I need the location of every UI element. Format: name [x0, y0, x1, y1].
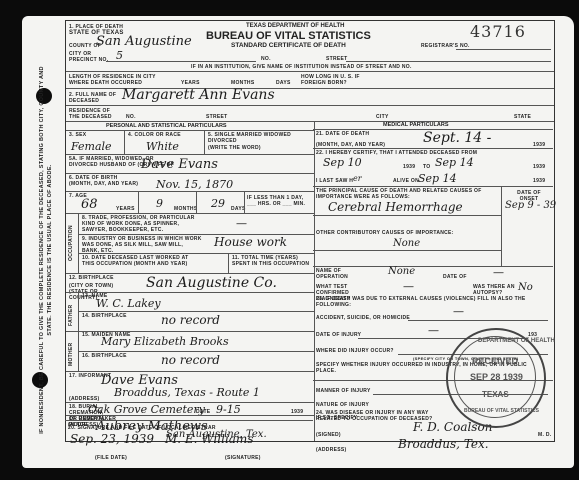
attended-to: Sep 14 — [435, 156, 474, 169]
race-label: 4. COLOR OR RACE — [128, 132, 181, 138]
deceased-name: Margarett Ann Evans — [122, 87, 275, 103]
onset-value: Sep 9 - 39 — [505, 200, 556, 211]
death-date-label: 21. DATE OF DEATH — [316, 131, 369, 137]
attended-to-year: 1939 — [533, 164, 545, 170]
industry-label: 9. INDUSTRY OR BUSINESS IN WHICH WORK WA… — [82, 236, 202, 254]
industry-value: House work — [214, 235, 287, 249]
residence-street-label: STREET — [206, 114, 228, 120]
last-worked-label: 10. DATE DECEASED LAST WORKED AT THIS OC… — [82, 255, 202, 267]
county-value: San Augustine — [96, 34, 192, 49]
residence-length-label: LENGTH OF RESIDENCE IN CITY WHERE DEATH … — [69, 74, 169, 86]
stamp-received: RECEIVED — [472, 356, 518, 366]
side-instruction: IF NONRESIDENT, BE CAREFUL TO GIVE THE C… — [30, 40, 70, 470]
bureau-title: BUREAU OF VITAL STATISTICS — [206, 30, 371, 42]
signature-label: (SIGNATURE) — [225, 455, 261, 461]
contributory-label: OTHER CONTRIBUTORY CAUSES OF IMPORTANCE: — [316, 230, 454, 236]
cause-value: Cerebral Hemorrhage — [328, 200, 463, 214]
sex-value: Female — [71, 140, 112, 153]
injury-where-label: WHERE DID INJURY OCCUR? — [316, 348, 394, 354]
external-causes-label: 23. IF DEATH WAS DUE TO EXTERNAL CAUSES … — [316, 296, 546, 308]
race-value: White — [146, 140, 179, 153]
department-title: TEXAS DEPARTMENT OF HEALTH — [246, 23, 344, 29]
contributory-value: None — [393, 238, 420, 249]
test-value: — — [403, 280, 414, 293]
injury-date-label: DATE OF INJURY — [316, 332, 361, 338]
registrar-signature-value: M. E. Williams — [165, 432, 253, 446]
precinct-label: CITY OR PRECINCT NO. — [69, 51, 109, 63]
age-months-label: MONTHS — [174, 206, 197, 212]
personal-section-title: PERSONAL AND STATISTICAL PARTICULARS — [106, 123, 227, 129]
no-label: NO. — [261, 56, 271, 62]
birthplace-label: 12. BIRTHPLACE — [69, 275, 114, 281]
form-title: STANDARD CERTIFICATE OF DEATH — [231, 42, 346, 49]
attended-from: Sep 10 — [323, 156, 362, 169]
alive-on-label: ALIVE ON — [393, 178, 419, 184]
last-saw-label: I LAST SAW H — [316, 178, 353, 184]
residence-label: RESIDENCE OF THE DECEASED — [69, 108, 119, 120]
physician-address-label: (ADDRESS) — [316, 447, 346, 453]
cause-label: THE PRINCIPAL CAUSE OF DEATH AND RELATED… — [316, 188, 496, 200]
accident-label: ACCIDENT, SUICIDE, OR HOMICIDE — [316, 315, 410, 321]
mother-birthplace-label: 16. BIRTHPLACE — [82, 353, 127, 359]
accident-value: — — [453, 305, 464, 318]
manner-label: MANNER OF INJURY — [316, 388, 371, 394]
operation-value: None — [388, 266, 415, 277]
dob-value: Nov. 15, 1870 — [156, 178, 233, 191]
informant-address: Broaddus, Texas - Route 1 — [114, 386, 260, 399]
side-note-line2: STATE. THE RESIDENCE IS THE USUAL PLACE … — [46, 40, 54, 460]
physician-address: Broaddus, Tex. — [398, 437, 489, 451]
death-date-value: Sept. 14 - — [423, 130, 491, 146]
nature-label: NATURE OF INJURY — [316, 402, 369, 408]
file-date-label: (FILE DATE) — [95, 455, 127, 461]
trade-label: 8. TRADE, PROFESSION, OR PARTICULAR KIND… — [82, 215, 202, 233]
autopsy-label: WAS THERE AN AUTOPSY? — [473, 284, 515, 296]
mother-side-label: MOTHER — [68, 343, 74, 366]
medical-section-title: MEDICAL PARTICULARS — [383, 122, 449, 128]
signed-label: (SIGNED) — [316, 432, 341, 438]
last-saw-year: 1939 — [533, 178, 545, 184]
residence-no-label: NO. — [126, 114, 136, 120]
registrar-signature-label: 20. SIGNATURE AND FILE DATE OF LOCAL REG… — [68, 425, 216, 431]
last-saw-pronoun: er — [353, 174, 362, 183]
marital-note: (WRITE THE WORD) — [208, 145, 261, 151]
side-note-line1: IF NONRESIDENT, BE CAREFUL TO GIVE THE C… — [38, 40, 46, 460]
mother-birthplace-value: no record — [161, 353, 220, 367]
operation-date-label: DATE OF — [443, 274, 467, 280]
if-so-label: IF SO, SPECIFY — [316, 415, 357, 421]
birthplace-value: San Augustine Co. — [146, 275, 277, 291]
total-time-label: 11. TOTAL TIME (YEARS) SPENT IN THIS OCC… — [232, 255, 312, 267]
years-label: YEARS — [181, 80, 200, 86]
autopsy-value: No — [518, 282, 533, 293]
institution-note: IF IN AN INSTITUTION, GIVE NAME OF INSTI… — [191, 64, 412, 70]
father-birthplace-value: no record — [161, 313, 220, 327]
street-label: STREET — [326, 56, 348, 62]
attended-from-year: 1939 — [403, 164, 415, 170]
mother-name-value: Mary Elizabeth Brooks — [101, 335, 229, 348]
dob-note: (MONTH, DAY, AND YEAR) — [69, 181, 138, 187]
days-label: DAYS — [276, 80, 291, 86]
months-label: MONTHS — [231, 80, 254, 86]
trade-value: — — [236, 217, 247, 230]
operation-label: NAME OF OPERATION — [316, 268, 356, 280]
stamp-top-text: DEPARTMENT OF HEALTH — [478, 338, 555, 344]
operation-date-value: — — [493, 266, 504, 279]
marital-label: 5. SINGLE MARRIED WIDOWED DIVORCED — [208, 132, 308, 144]
foreign-born-label: HOW LONG IN U. S. IF FOREIGN BORN? — [301, 74, 376, 86]
to-label: TO — [423, 164, 430, 170]
occupation-side-label: OCCUPATION — [68, 225, 74, 261]
stamp-bottom-text: BUREAU OF VITAL STATISTICS — [464, 408, 539, 414]
age-years: 68 — [81, 197, 98, 212]
father-name-value: W. C. Lakey — [96, 297, 161, 310]
less-than-day-label: IF LESS THAN 1 DAY, ___ HRS. OR ___ MIN. — [247, 195, 311, 207]
sex-label: 3. SEX — [69, 132, 86, 138]
father-birthplace-label: 14. BIRTHPLACE — [82, 313, 127, 319]
received-stamp: DEPARTMENT OF HEALTH RECEIVED SEP 28 193… — [446, 328, 546, 428]
stamp-state: TEXAS — [482, 390, 509, 399]
age-days: 29 — [211, 197, 225, 210]
age-years-label: YEARS — [116, 206, 135, 212]
file-date-value: Sep. 23, 1939 — [70, 432, 154, 446]
stamp-date: SEP 28 1939 — [470, 372, 523, 382]
spouse-value: Dave Evans — [141, 157, 218, 172]
md-label: M. D. — [538, 432, 551, 438]
age-months: 9 — [156, 197, 163, 210]
last-saw-value: Sep 14 — [418, 172, 457, 185]
injury-date-value: — — [428, 324, 439, 337]
father-side-label: FATHER — [68, 305, 74, 326]
full-name-label: 2. FULL NAME OF DECEASED — [69, 92, 119, 104]
